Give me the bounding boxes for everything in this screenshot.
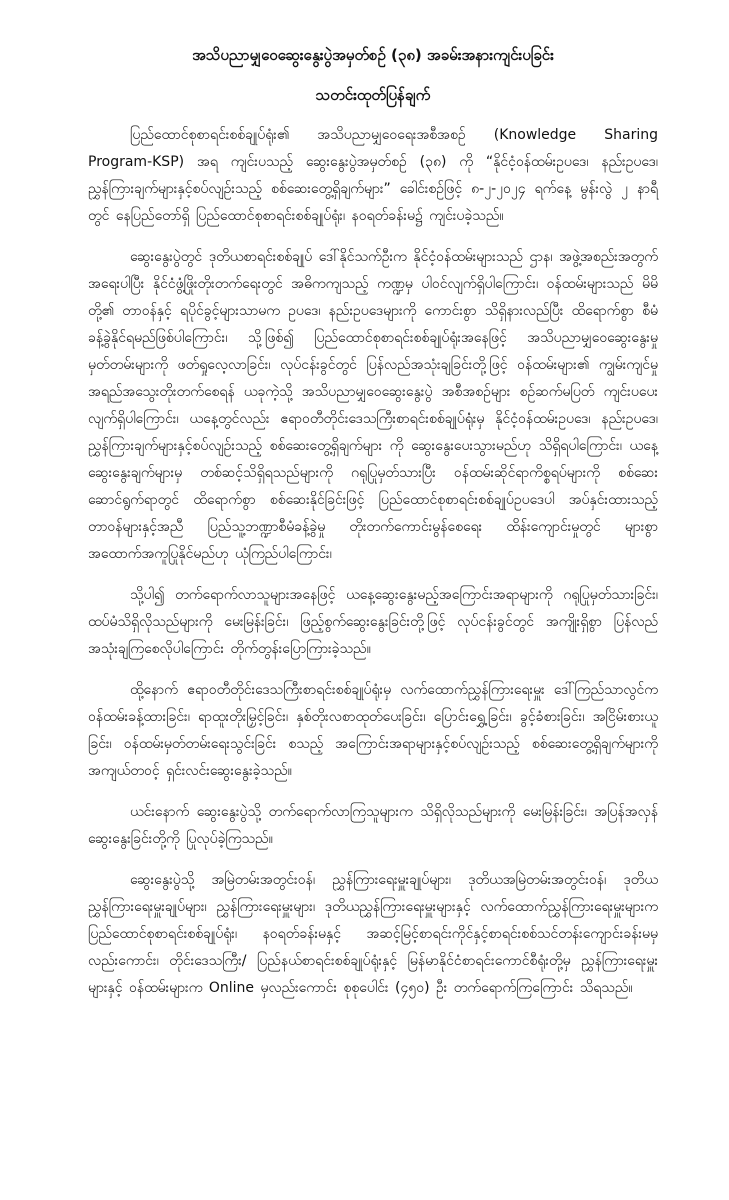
document-body: ပြည်ထောင်စုစာရင်းစစ်ချုပ်ရုံး၏ အသိပညာမျှ… [88, 122, 658, 1002]
document-title: အသိပညာမျှဝေဆွေးနွေးပွဲအမှတ်စဉ် (၃၈) အခမ်… [88, 44, 658, 66]
paragraph-attendance: ဆွေးနွေးပွဲသို့ အမြဲတမ်းအတွင်းဝန်၊ ညွှန်… [88, 867, 658, 1002]
paragraph-presentation: ထို့နောက် ဧရာဝတီတိုင်းဒေသကြီးစာရင်းစစ်ချ… [88, 677, 658, 785]
document-subtitle: သတင်းထုတ်ပြန်ချက် [88, 84, 658, 106]
paragraph-opening-speech: ဆွေးနွေးပွဲတွင် ဒုတိယစာရင်းစစ်ချုပ် ဒေါ်… [88, 244, 658, 568]
paragraph-intro: ပြည်ထောင်စုစာရင်းစစ်ချုပ်ရုံး၏ အသိပညာမျှ… [88, 122, 658, 230]
paragraph-qa: ယင်းနောက် ဆွေးနွေးပွဲသို့ တက်ရောက်လာကြသူ… [88, 799, 658, 853]
press-release-page: အသိပညာမျှဝေဆွေးနွေးပွဲအမှတ်စဉ် (၃၈) အခမ်… [0, 0, 729, 1200]
paragraph-encouragement: သို့ပါ၍ တက်ရောက်လာသူများအနေဖြင့် ယနေ့ဆွေ… [88, 582, 658, 663]
